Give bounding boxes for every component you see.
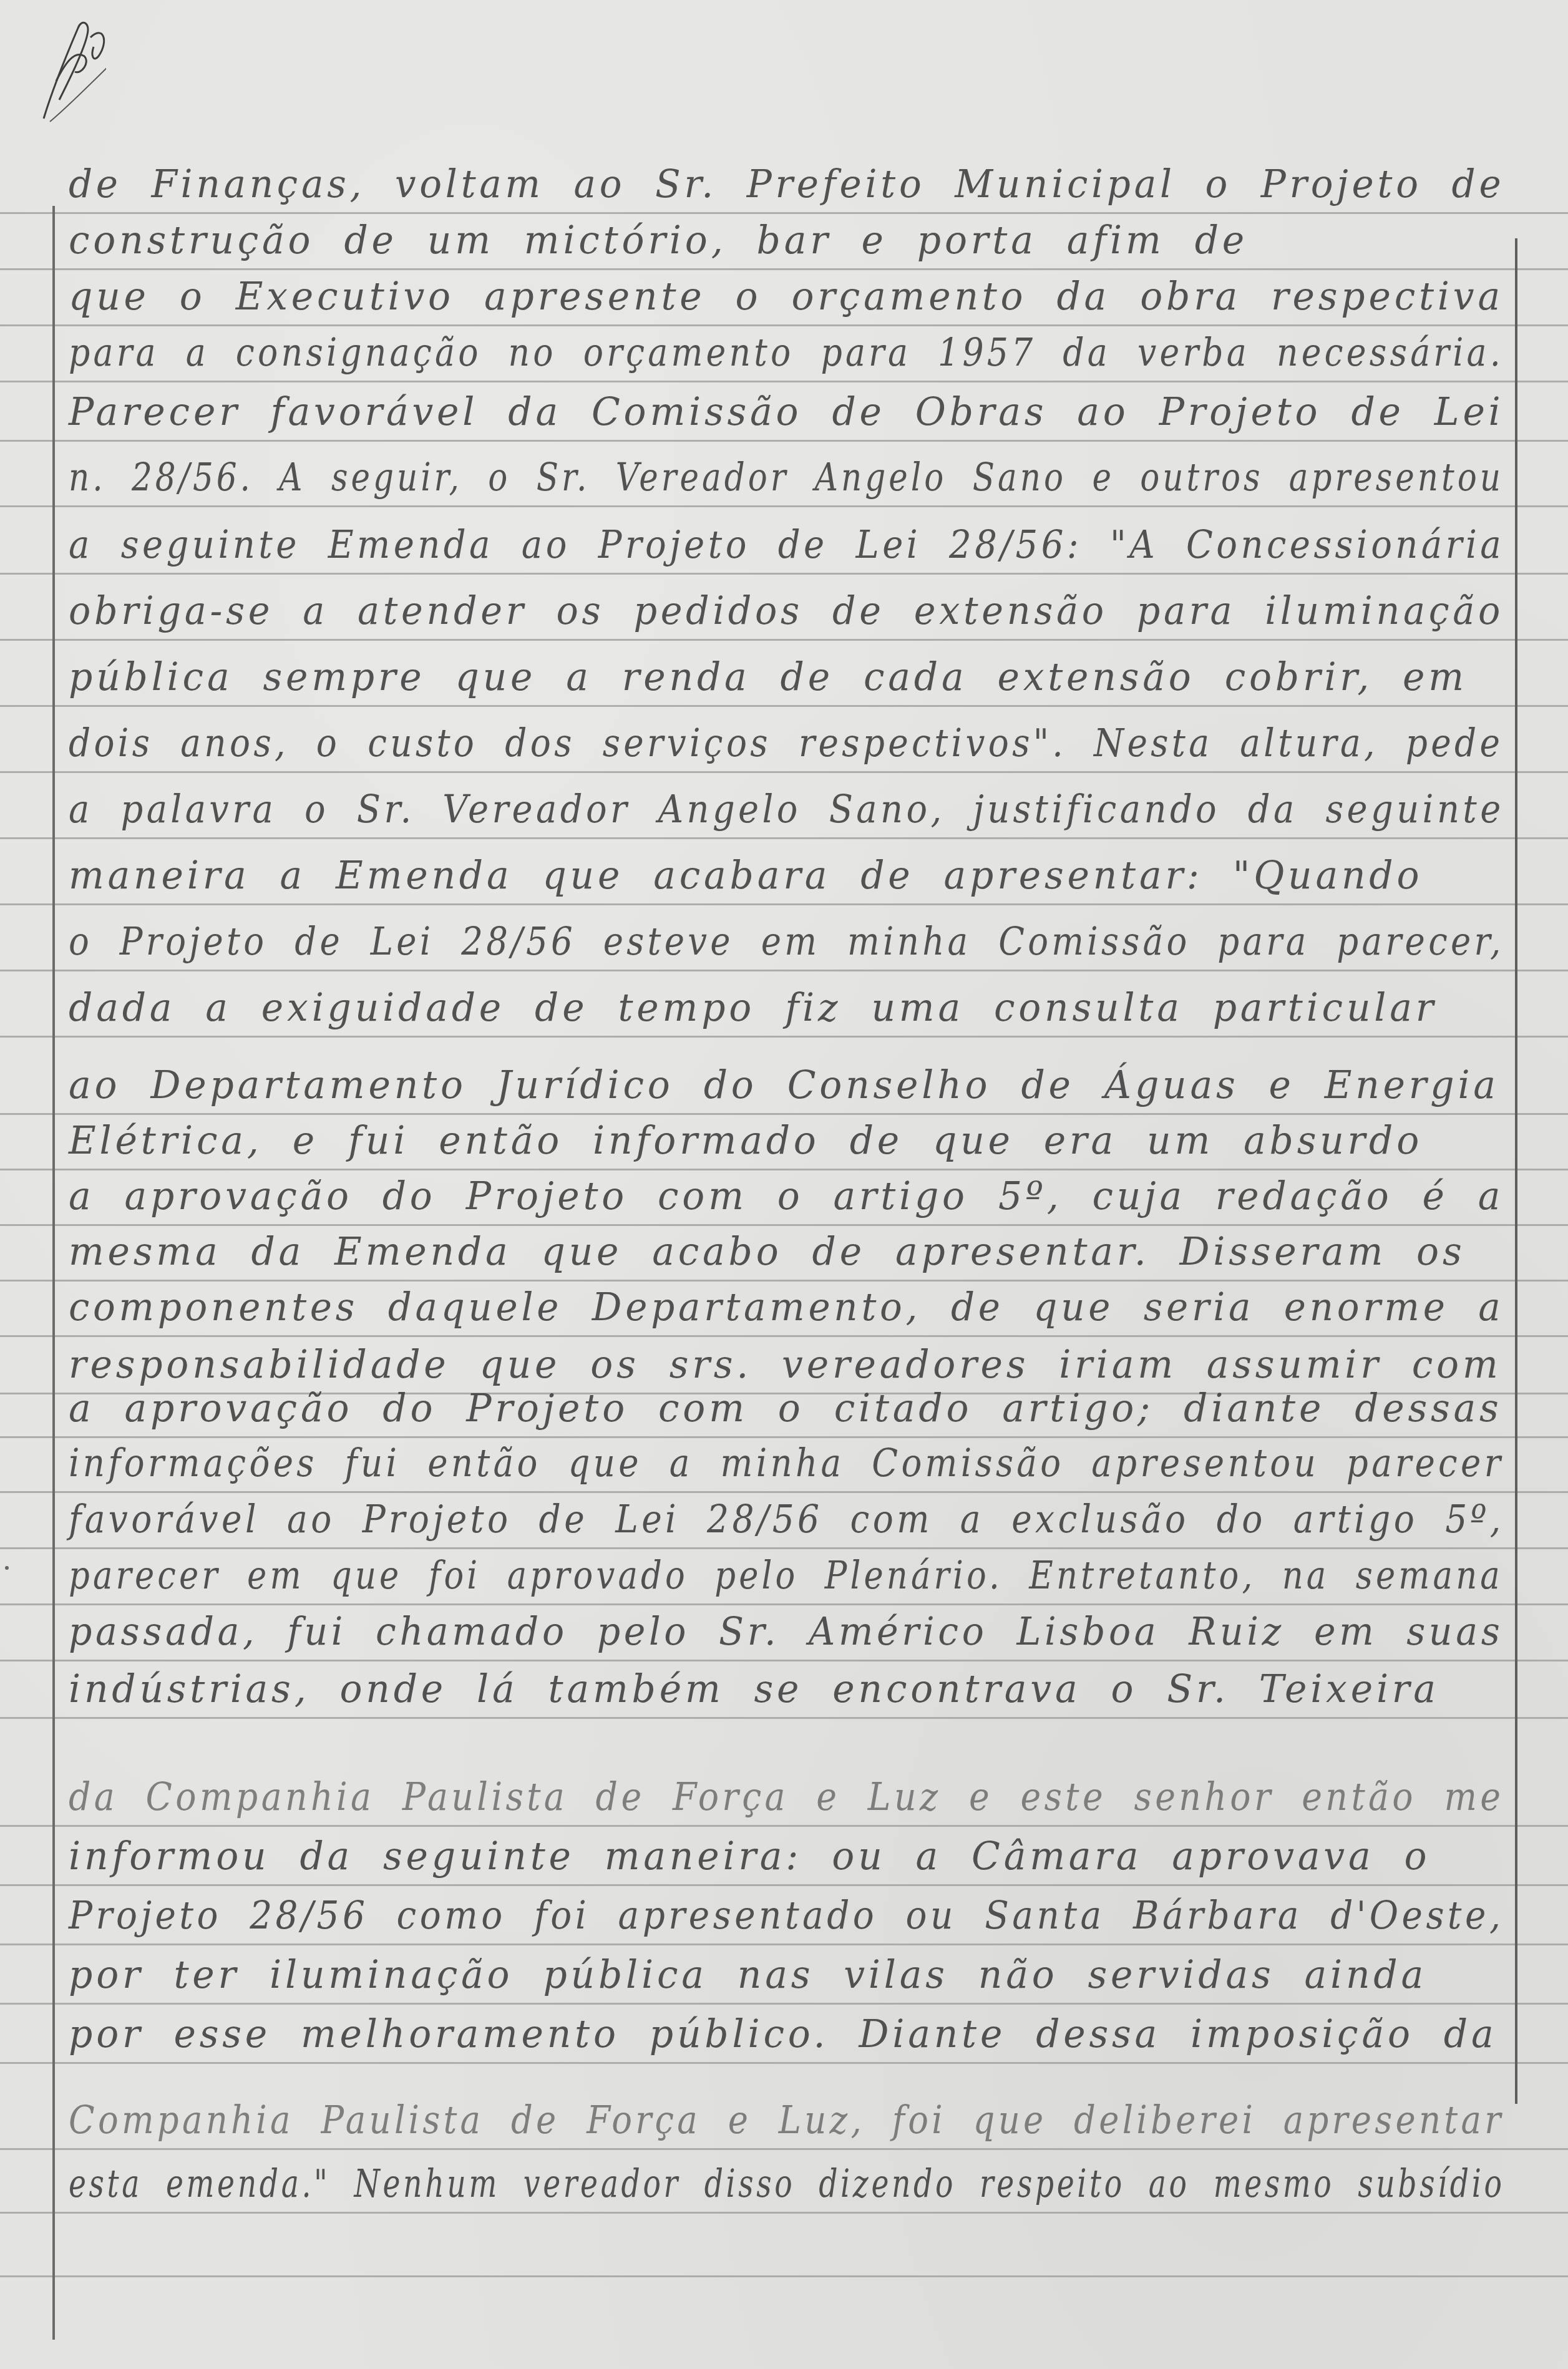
ink-dot [5,1566,9,1570]
text-line-13: o Projeto de Lei 28/56 esteve em minha C… [69,917,1375,966]
text-line-25: passada, fui chamado pelo Sr. Américo Li… [69,1607,1469,1656]
text-line-20: responsabilidade que os srs. vereadores … [69,1340,1503,1389]
text-line-28: informou da seguinte maneira: ou a Câmar… [69,1831,1503,1881]
text-line-23: favorável ao Projeto de Lei 28/56 com a … [69,1494,1387,1544]
ruled-line [0,1825,1568,1827]
ruled-line [0,2275,1568,2277]
ruled-line [0,1603,1568,1605]
text-line-31: por esse melhoramento público. Diante de… [69,2009,1503,2059]
ruled-line [0,2212,1568,2214]
ruled-line [0,381,1568,382]
text-line-16: Elétrica, e fui então informado de que e… [69,1116,1503,1165]
ruled-line [0,1660,1568,1661]
ruled-line [0,1943,1568,1945]
text-line-21: a aprovação do Projeto com o citado arti… [69,1383,1503,1433]
ruled-line [0,573,1568,575]
text-line-2: construção de um mictório, bar e porta a… [69,215,1503,265]
text-line-12: maneira a Emenda que acabara de apresent… [69,850,1503,900]
text-line-30: por ter iluminação pública nas vilas não… [69,1950,1503,2000]
ruled-line [0,2003,1568,2005]
ruled-line [0,705,1568,707]
ruled-line [0,1491,1568,1493]
right-margin-line [1515,238,1517,2104]
ruled-line [0,639,1568,641]
ruled-line [0,1113,1568,1115]
scanned-page: de Finanças, voltam ao Sr. Prefeito Muni… [0,0,1568,2369]
text-line-8: obriga-se a atender os pedidos de extens… [69,586,1475,636]
text-line-5: Parecer favorável da Comissão de Obras a… [69,387,1503,437]
text-line-29: Projeto 28/56 como foi apresentado ou Sa… [69,1890,1421,1940]
ruled-line [0,1717,1568,1719]
ruled-line [0,1224,1568,1226]
ruled-line [0,1547,1568,1549]
ruled-line [0,268,1568,270]
text-line-17: a aprovação do Projeto com o artigo 5º, … [69,1171,1502,1221]
ruled-line [0,505,1568,507]
ruled-line [0,2062,1568,2064]
left-margin-line [52,206,55,2340]
ruled-line [0,1280,1568,1282]
ruled-line [0,212,1568,214]
text-line-19: componentes daquele Departamento, de que… [69,1282,1493,1332]
text-line-1: de Finanças, voltam ao Sr. Prefeito Muni… [69,159,1494,209]
text-line-22: informações fui então que a minha Comiss… [69,1438,1378,1488]
text-line-14: dada a exiguidade de tempo fiz uma consu… [69,983,1503,1033]
initials-signature [31,12,106,125]
ruled-line [0,1335,1568,1337]
ruled-line [0,1169,1568,1170]
ruled-line [0,970,1568,971]
ruled-line [0,2148,1568,2150]
text-line-11: a palavra o Sr. Vereador Angelo Sano, ju… [69,784,1406,834]
text-line-3: que o Executivo apresente o orçamento da… [69,271,1503,321]
ruled-line [0,1036,1568,1038]
text-line-26: indústrias, onde lá também se encontrava… [69,1664,1503,1714]
text-line-9: pública sempre que a renda de cada exten… [69,652,1503,702]
text-line-10: dois anos, o custo dos serviços respecti… [69,718,1385,768]
text-line-7: a seguinte Emenda ao Projeto de Lei 28/5… [69,520,1411,570]
ruled-line [0,1884,1568,1886]
text-line-18: mesma da Emenda que acabo de apresentar.… [69,1227,1503,1277]
ruled-line [0,837,1568,839]
text-line-27: da Companhia Paulista de Força e Luz e e… [69,1772,1395,1822]
ruled-line [0,903,1568,905]
ruled-line [0,324,1568,326]
text-line-6: n. 28/56. A seguir, o Sr. Vereador Angel… [69,452,1304,502]
text-line-4: para a consignação no orçamento para 195… [69,328,1353,377]
ruled-line [0,771,1568,773]
ruled-line [0,440,1568,442]
text-line-32: Companhia Paulista de Força e Luz, foi q… [69,2095,1373,2145]
text-line-33: esta emenda." Nenhum vereador disso dize… [69,2159,1203,2209]
text-line-24: parecer em que foi aprovado pelo Plenári… [69,1550,1334,1600]
text-line-15: ao Departamento Jurídico do Conselho de … [69,1060,1503,1110]
